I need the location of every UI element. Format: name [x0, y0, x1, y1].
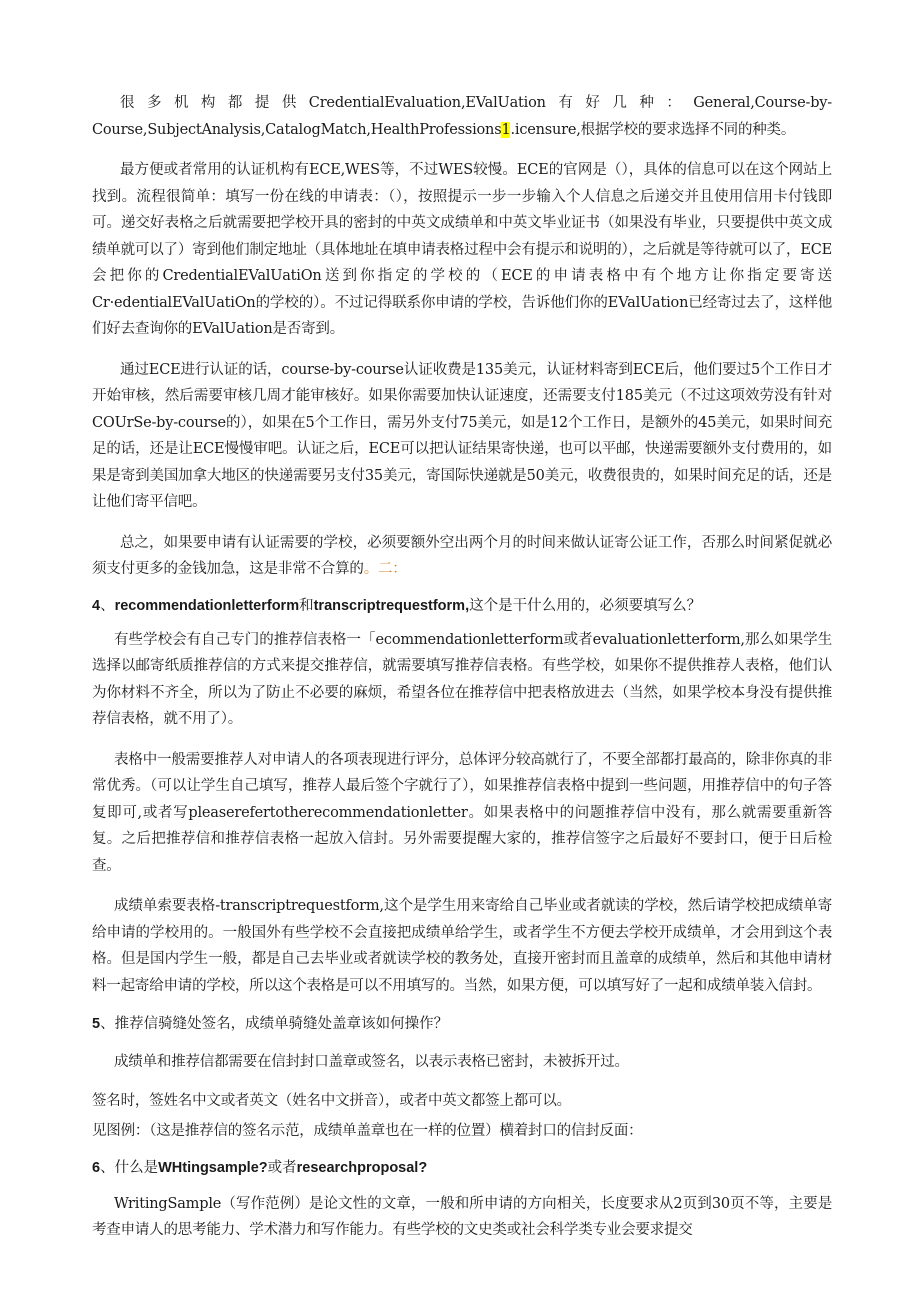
paragraph-writing-sample: WritingSample（写作范例）是论文性的文章，一般和所申请的方向相关，长… [92, 1191, 832, 1244]
text: 、 [100, 598, 115, 614]
heading-number: 6 [92, 1160, 100, 1176]
paragraph-example: 见图例：（这是推荐信的签名示范，成绩单盖章也在一样的位置）横着封口的信封反面： [92, 1118, 832, 1145]
heading-4: 4、recommendationletterform和transcriptreq… [92, 593, 832, 619]
text: recommendationletterform [115, 598, 300, 614]
paragraph-evaluation-types: 很多机构都提供CredentialEvaluation,EValUation有好… [92, 90, 832, 143]
paragraph-signing: 签名时，签姓名中文或者英文（姓名中文拼音），或者中英文都签上都可以。 [92, 1088, 832, 1115]
paragraph-recommendation-form: 有些学校会有自己专门的推荐信表格一「ecommendationletterfor… [92, 627, 832, 733]
paragraph-ece-fees: 通过ECE进行认证的话，course-by-course认证收费是135美元，认… [92, 357, 832, 516]
text: researchproposal? [297, 1160, 428, 1176]
document-page: 很多机构都提供CredentialEvaluation,EValUation有好… [92, 90, 832, 1244]
paragraph-transcript-request: 成绩单索要表格-transcriptrequestform,这个是学生用来寄给自… [92, 893, 832, 999]
orange-text: 。二： [364, 561, 407, 577]
text: 、什么是 [100, 1160, 158, 1176]
paragraph-seal-signature: 成绩单和推荐信都需要在信封封口盖章或签名，以表示表格已密封，未被拆开过。 [92, 1049, 832, 1076]
text: 总之，如果要申请有认证需要的学校，必须要额外空出两个月的时间来做认证寄公证工作，… [92, 535, 832, 578]
text: transcriptrequestform, [314, 598, 470, 614]
text: 和 [299, 598, 314, 614]
heading-number: 5 [92, 1016, 100, 1032]
text: 、推荐信骑缝处签名，成绩单骑缝处盖章该如何操作？ [100, 1016, 448, 1032]
paragraph-ece-wes: 最方便或者常用的认证机构有ECE,WES等，不过WES较慢。ECE的官网是（），… [92, 157, 832, 343]
paragraph-form-rating: 表格中一般需要推荐人对申请人的各项表现进行评分，总体评分较高就行了，不要全部都打… [92, 747, 832, 880]
heading-5: 5、推荐信骑缝处签名，成绩单骑缝处盖章该如何操作？ [92, 1011, 832, 1037]
text: 或者 [268, 1160, 297, 1176]
text: WHtingsample? [158, 1160, 268, 1176]
text: 这个是干什么用的，必须要填写么？ [469, 598, 701, 614]
text: .icensure,根据学校的要求选择不同的种类。 [510, 122, 795, 138]
paragraph-summary: 总之，如果要申请有认证需要的学校，必须要额外空出两个月的时间来做认证寄公证工作，… [92, 530, 832, 583]
heading-6: 6、什么是WHtingsample?或者researchproposal? [92, 1155, 832, 1181]
heading-number: 4 [92, 598, 100, 614]
